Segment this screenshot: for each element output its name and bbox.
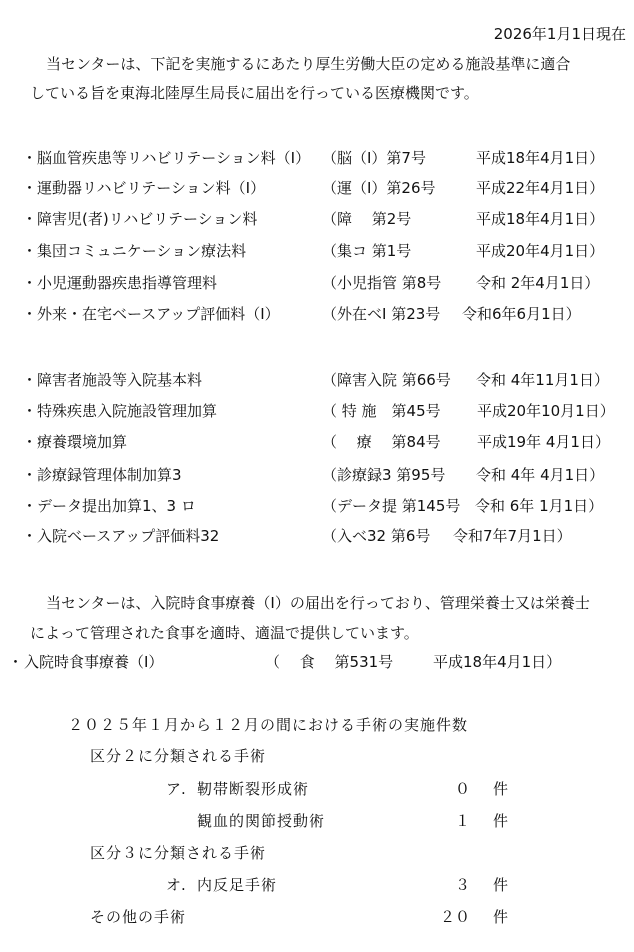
bullet: ・ — [22, 303, 37, 324]
standard-name: 脳血管疾患等リハビリテーション料（Ⅰ） — [37, 147, 310, 168]
count-unit: 件 — [493, 778, 508, 799]
meal-line-2: によって管理された食事を適時、適温で提供しています。 — [30, 622, 419, 643]
bullet: ・ — [22, 400, 37, 421]
category-3-label: 区分３に分類される手術 — [90, 842, 266, 863]
surgery-count: １ — [410, 810, 470, 831]
registration-code: （ 療 第84号 — [322, 431, 441, 452]
bullet: ・ — [22, 525, 37, 546]
bullet: ・ — [22, 208, 37, 229]
facility-standard-row: ・ 脳血管疾患等リハビリテーション料（Ⅰ） （脳（Ⅰ）第7号 平成18年4月1日… — [0, 147, 634, 171]
standard-name: 小児運動器疾患指導管理料 — [37, 272, 217, 293]
standard-name: 特殊疾患入院施設管理加算 — [37, 400, 217, 421]
bullet: ・ — [22, 177, 37, 198]
count-unit: 件 — [493, 874, 508, 895]
count-unit: 件 — [493, 810, 508, 831]
surgery-row: 観血的関節授動術 １ 件 — [0, 810, 634, 834]
registration-date: 令和 6年 1月1日） — [475, 495, 603, 516]
registration-date: 令和 4年11月1日） — [476, 369, 609, 390]
facility-standard-row: ・ 診療録管理体制加算3 （診療録3 第95号 令和 4年 4月1日） — [0, 464, 634, 488]
surgery-count: ２０ — [410, 906, 470, 927]
registration-date: 令和 4年 4月1日） — [476, 464, 604, 485]
surgery-row: その他の手術 ２０ 件 — [0, 906, 634, 930]
facility-standard-row: ・ 障害児(者)リハビリテーション料 （障 第2号 平成18年4月1日） — [0, 208, 634, 232]
bullet: ・ — [22, 464, 37, 485]
meal-line-1: 当センターは、入院時食事療養（Ⅰ）の届出を行っており、管理栄養士又は栄養士 — [46, 592, 590, 613]
surgery-name: 観血的関節授動術 — [197, 810, 325, 831]
facility-standard-row: ・ 小児運動器疾患指導管理料 （小児指管 第8号 令和 2年4月1日） — [0, 272, 634, 296]
facility-standard-row: ・ 療養環境加算 （ 療 第84号 平成19年 4月1日） — [0, 431, 634, 455]
surgery-name: 内反足手術 — [197, 874, 277, 895]
facility-standard-row: ・ 特殊疾患入院施設管理加算 （ 特 施 第45号 平成20年10月1日） — [0, 400, 634, 424]
surgery-row: オ. 内反足手術 ３ 件 — [0, 874, 634, 898]
registration-date: 平成20年4月1日） — [476, 240, 604, 261]
meal-standard-row: ・ 入院時食事療養（Ⅰ） （ 食 第531号 平成18年4月1日） — [0, 651, 634, 675]
registration-date: 平成18年4月1日） — [433, 651, 561, 672]
facility-standard-row: ・ 外来・在宅ベースアップ評価料（Ⅰ） （外在ベⅠ 第23号 令和6年6月1日） — [0, 303, 634, 327]
registration-date: 平成20年10月1日） — [477, 400, 615, 421]
intro-line-2: している旨を東海北陸厚生局長に届出を行っている医療機関です。 — [30, 82, 479, 103]
standard-name: 外来・在宅ベースアップ評価料（Ⅰ） — [37, 303, 280, 324]
registration-code: （外在ベⅠ 第23号 — [322, 303, 440, 324]
facility-standard-row: ・ 運動器リハビリテーション料（Ⅰ） （運（Ⅰ）第26号 平成22年4月1日） — [0, 177, 634, 201]
registration-code: （診療録3 第95号 — [322, 464, 445, 485]
registration-code: （集コ 第1号 — [322, 240, 411, 261]
bullet: ・ — [22, 272, 37, 293]
surgery-count: ３ — [410, 874, 470, 895]
standard-name: 障害児(者)リハビリテーション料 — [37, 208, 257, 229]
standard-name: データ提出加算1、3 ロ — [37, 495, 196, 516]
standard-name: 集団コミュニケーション療法料 — [37, 240, 246, 261]
registration-date: 令和 2年4月1日） — [476, 272, 599, 293]
facility-standard-row: ・ 障害者施設等入院基本料 （障害入院 第66号 令和 4年11月1日） — [0, 369, 634, 393]
item-marker: オ. — [166, 874, 186, 895]
registration-code: （小児指管 第8号 — [322, 272, 441, 293]
registration-code: （ 食 第531号 — [265, 651, 393, 672]
bullet: ・ — [22, 495, 37, 516]
standard-name: 入院ベースアップ評価料32 — [37, 525, 219, 546]
registration-date: 令和7年7月1日） — [453, 525, 572, 546]
item-marker: ア. — [166, 778, 186, 799]
bullet: ・ — [22, 369, 37, 390]
standard-name: 運動器リハビリテーション料（Ⅰ） — [37, 177, 265, 198]
registration-date: 平成19年 4月1日） — [477, 431, 610, 452]
surgery-name: 靭帯断裂形成術 — [197, 778, 309, 799]
standard-name: 療養環境加算 — [37, 431, 127, 452]
registration-date: 平成18年4月1日） — [476, 208, 604, 229]
surgery-title: ２０２５年１月から１２月の間における手術の実施件数 — [68, 714, 468, 735]
count-unit: 件 — [493, 906, 508, 927]
registration-date: 令和6年6月1日） — [462, 303, 581, 324]
facility-standard-row: ・ 集団コミュニケーション療法料 （集コ 第1号 平成20年4月1日） — [0, 240, 634, 264]
standard-name: 入院時食事療養（Ⅰ） — [24, 651, 163, 672]
bullet: ・ — [22, 431, 37, 452]
bullet: ・ — [22, 240, 37, 261]
facility-standard-row: ・ 入院ベースアップ評価料32 （入ベ32 第6号 令和7年7月1日） — [0, 525, 634, 549]
registration-date: 平成18年4月1日） — [476, 147, 604, 168]
registration-code: （入ベ32 第6号 — [322, 525, 430, 546]
registration-code: （障害入院 第66号 — [322, 369, 451, 390]
bullet: ・ — [8, 651, 23, 672]
bullet: ・ — [22, 147, 37, 168]
standard-name: 診療録管理体制加算3 — [37, 464, 182, 485]
as-of-date: 2026年1月1日現在 — [494, 23, 626, 44]
other-surgery-label: その他の手術 — [90, 906, 186, 927]
surgery-count: ０ — [410, 778, 470, 799]
standard-name: 障害者施設等入院基本料 — [37, 369, 202, 390]
registration-code: （脳（Ⅰ）第7号 — [322, 147, 426, 168]
intro-line-1: 当センターは、下記を実施するにあたり厚生労働大臣の定める施設基準に適合 — [46, 53, 570, 74]
registration-code: （障 第2号 — [322, 208, 411, 229]
surgery-row: ア. 靭帯断裂形成術 ０ 件 — [0, 778, 634, 802]
registration-code: （データ提 第145号 — [322, 495, 460, 516]
registration-code: （ 特 施 第45号 — [322, 400, 441, 421]
registration-date: 平成22年4月1日） — [476, 177, 604, 198]
facility-standard-row: ・ データ提出加算1、3 ロ （データ提 第145号 令和 6年 1月1日） — [0, 495, 634, 519]
category-2-label: 区分２に分類される手術 — [90, 745, 266, 766]
registration-code: （運（Ⅰ）第26号 — [322, 177, 436, 198]
